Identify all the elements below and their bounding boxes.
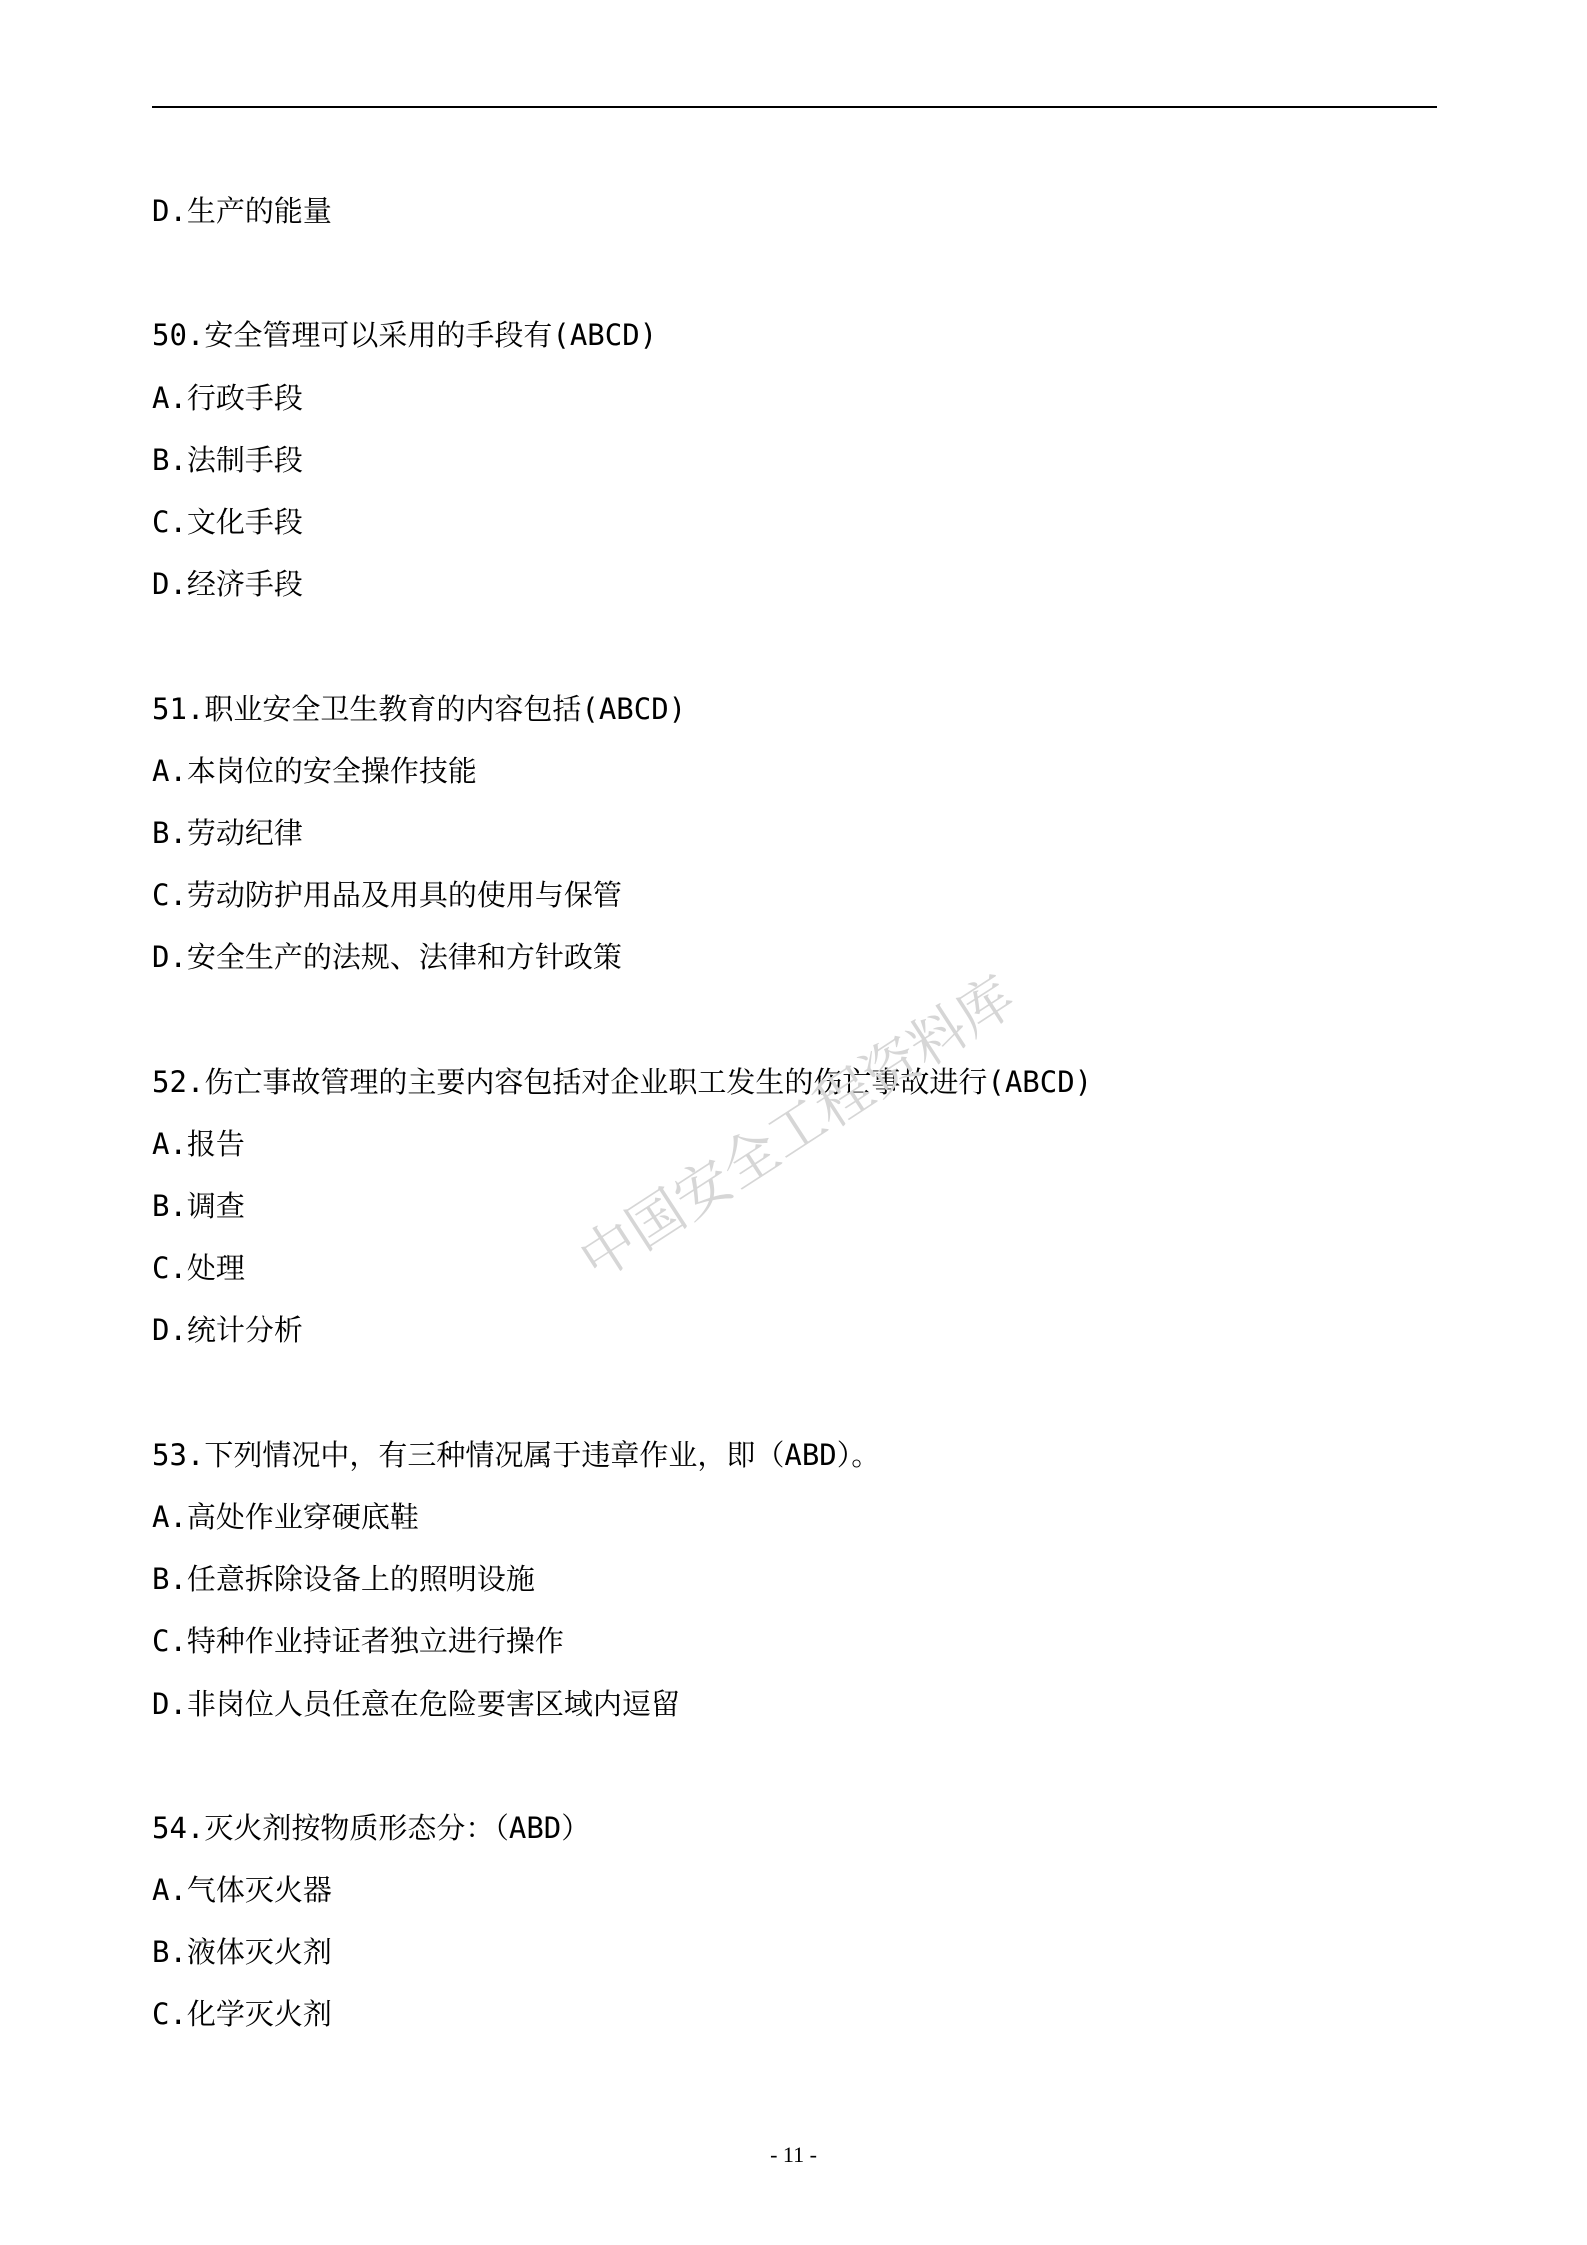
- option-line: B.调查: [152, 1175, 1437, 1237]
- option-line: B.法制手段: [152, 429, 1437, 491]
- question-stem: 54.灭火剂按物质形态分：（ABD）: [152, 1797, 1437, 1859]
- question-list: D.生产的能量 50.安全管理可以采用的手段有(ABCD) A.行政手段 B.法…: [152, 180, 1437, 2046]
- spacer: [152, 1362, 1437, 1424]
- option-line: D.统计分析: [152, 1299, 1437, 1361]
- option-line: D.生产的能量: [152, 180, 1437, 242]
- question-stem: 51.职业安全卫生教育的内容包括(ABCD): [152, 678, 1437, 740]
- question-stem: 52.伤亡事故管理的主要内容包括对企业职工发生的伤亡事故进行(ABCD): [152, 1051, 1437, 1113]
- option-line: C.化学灭火剂: [152, 1983, 1437, 2045]
- header-rule: [152, 106, 1437, 108]
- option-line: D.安全生产的法规、法律和方针政策: [152, 926, 1437, 988]
- option-line: D.非岗位人员任意在危险要害区域内逗留: [152, 1673, 1437, 1735]
- question-stem: 50.安全管理可以采用的手段有(ABCD): [152, 304, 1437, 366]
- option-line: A.高处作业穿硬底鞋: [152, 1486, 1437, 1548]
- option-line: C.处理: [152, 1237, 1437, 1299]
- spacer: [152, 242, 1437, 304]
- option-line: C.文化手段: [152, 491, 1437, 553]
- spacer: [152, 615, 1437, 677]
- option-line: B.液体灭火剂: [152, 1921, 1437, 1983]
- question-stem: 53.下列情况中，有三种情况属于违章作业，即（ABD）。: [152, 1424, 1437, 1486]
- page-number: - 11 -: [0, 2142, 1587, 2168]
- spacer: [152, 988, 1437, 1050]
- spacer: [152, 1735, 1437, 1797]
- option-line: C.劳动防护用品及用具的使用与保管: [152, 864, 1437, 926]
- option-line: D.经济手段: [152, 553, 1437, 615]
- option-line: A.气体灭火器: [152, 1859, 1437, 1921]
- document-page: D.生产的能量 50.安全管理可以采用的手段有(ABCD) A.行政手段 B.法…: [0, 0, 1587, 2245]
- option-line: A.报告: [152, 1113, 1437, 1175]
- option-line: B.任意拆除设备上的照明设施: [152, 1548, 1437, 1610]
- option-line: B.劳动纪律: [152, 802, 1437, 864]
- option-line: C.特种作业持证者独立进行操作: [152, 1610, 1437, 1672]
- option-line: A.行政手段: [152, 367, 1437, 429]
- option-line: A.本岗位的安全操作技能: [152, 740, 1437, 802]
